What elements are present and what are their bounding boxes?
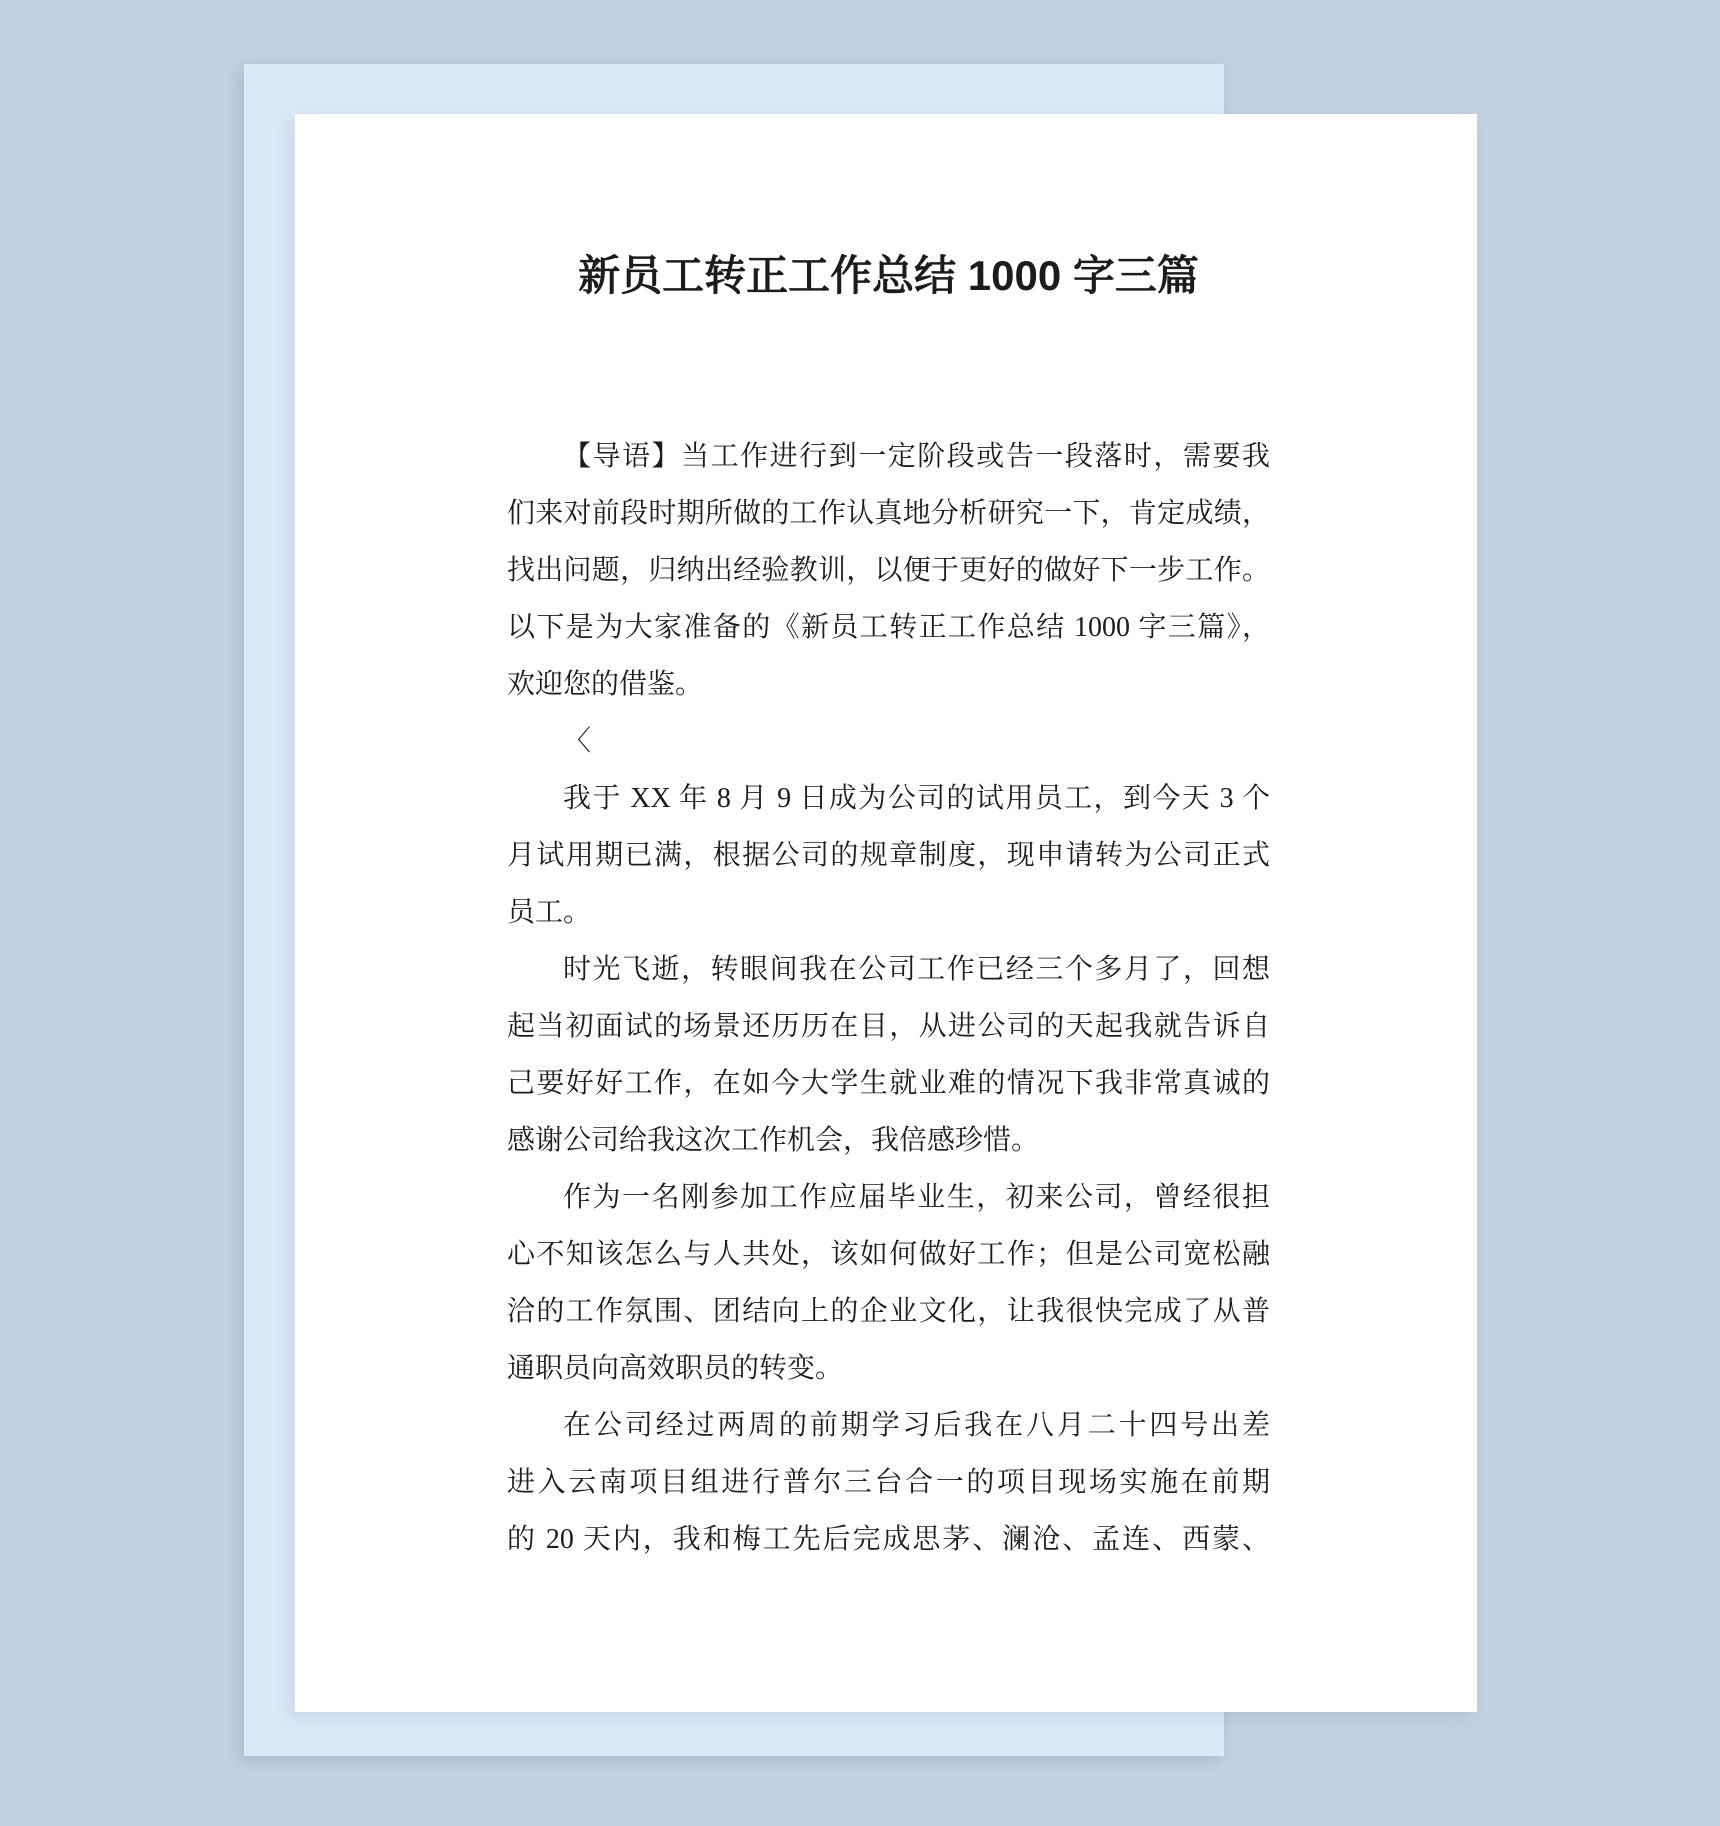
- text-line: 起当初面试的场景还历历在目，从进公司的天起我就告诉自: [507, 998, 1270, 1055]
- text-line: 心不知该怎么与人共处，该如何做好工作；但是公司宽松融: [507, 1226, 1270, 1283]
- text-line: 在公司经过两周的前期学习后我在八月二十四号出差: [507, 1397, 1270, 1454]
- text-line: 们来对前段时期所做的工作认真地分析研究一下，肯定成绩，: [507, 485, 1270, 542]
- document-body: 【导语】当工作进行到一定阶段或告一段落时，需要我 们来对前段时期所做的工作认真地…: [507, 428, 1270, 1568]
- text-line: 的 20 天内，我和梅工先后完成思茅、澜沧、孟连、西蒙、: [507, 1511, 1270, 1568]
- text-line: 感谢公司给我这次工作机会，我倍感珍惜。: [507, 1112, 1270, 1169]
- text-line: 洽的工作氛围、团结向上的企业文化，让我很快完成了从普: [507, 1283, 1270, 1340]
- text-line: 〈: [507, 713, 1270, 770]
- text-line: 通职员向高效职员的转变。: [507, 1340, 1270, 1397]
- text-line: 进入云南项目组进行普尔三台合一的项目现场实施在前期: [507, 1454, 1270, 1511]
- text-line: 作为一名刚参加工作应届毕业生，初来公司，曾经很担: [507, 1169, 1270, 1226]
- text-line: 以下是为大家准备的《新员工转正工作总结 1000 字三篇》，: [507, 599, 1270, 656]
- text-line: 员工。: [507, 884, 1270, 941]
- text-line: 我于 XX 年 8 月 9 日成为公司的试用员工，到今天 3 个: [507, 770, 1270, 827]
- text-line: 找出问题，归纳出经验教训，以便于更好的做好下一步工作。: [507, 542, 1270, 599]
- text-line: 欢迎您的借鉴。: [507, 656, 1270, 713]
- page-content: 新员工转正工作总结 1000 字三篇 【导语】当工作进行到一定阶段或告一段落时，…: [507, 114, 1270, 1712]
- document-title: 新员工转正工作总结 1000 字三篇: [507, 252, 1270, 300]
- text-line: 己要好好工作，在如今大学生就业难的情况下我非常真诚的: [507, 1055, 1270, 1112]
- text-line: 【导语】当工作进行到一定阶段或告一段落时，需要我: [507, 428, 1270, 485]
- text-line: 时光飞逝，转眼间我在公司工作已经三个多月了，回想: [507, 941, 1270, 998]
- text-line: 月试用期已满，根据公司的规章制度，现申请转为公司正式: [507, 827, 1270, 884]
- document-page: 新员工转正工作总结 1000 字三篇 【导语】当工作进行到一定阶段或告一段落时，…: [295, 114, 1477, 1712]
